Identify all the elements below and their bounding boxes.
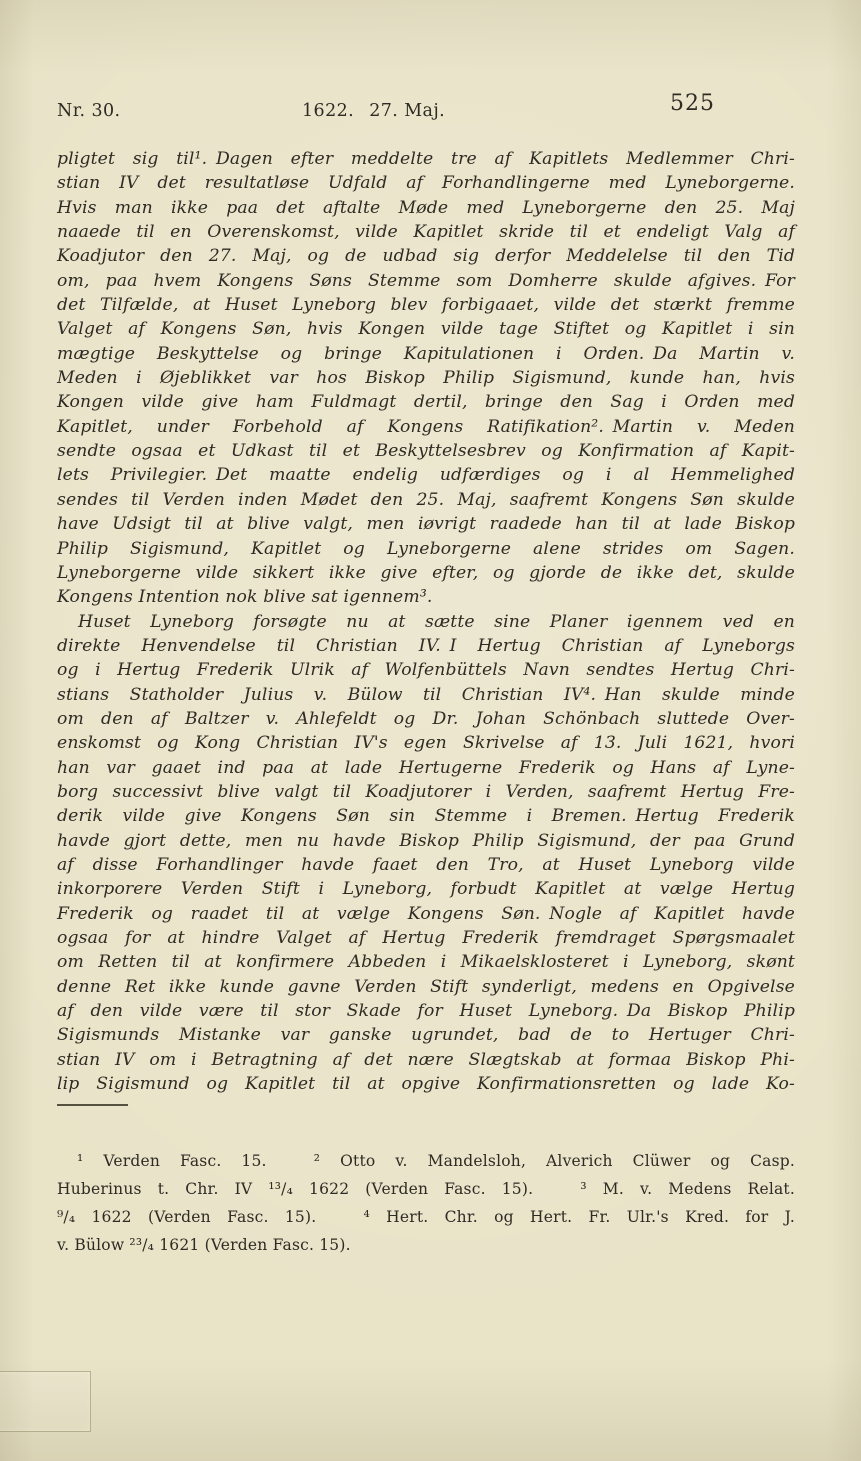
body-text-line: havde gjort dette, men nu havde Biskop P… <box>57 829 795 853</box>
body-text-line: Hvis man ikke paa det aftalte Møde med L… <box>57 196 795 220</box>
body-text-line: lets Privilegier. Det maatte endelig udf… <box>57 463 795 487</box>
footnote-line: ¹ Verden Fasc. 15. ² Otto v. Mandelsloh,… <box>57 1147 795 1175</box>
page-number: 525 <box>670 93 715 115</box>
body-text-line: have Udsigt til at blive valgt, men iøvr… <box>57 512 795 536</box>
body-text: pligtet sig til¹. Dagen efter meddelte t… <box>57 147 795 1096</box>
body-text-line: Frederik og raadet til at vælge Kongens … <box>57 902 795 926</box>
body-text-line: inkorporere Verden Stift i Lyneborg, for… <box>57 877 795 901</box>
body-text-line: mægtige Beskyttelse og bringe Kapitulati… <box>57 342 795 366</box>
stamp-rectangle <box>0 1371 91 1432</box>
body-text-line: Huset Lyneborg forsøgte nu at sætte sine… <box>57 610 795 634</box>
body-text-line: Kongens Intention nok blive sat igennem³… <box>57 585 795 609</box>
body-text-line: pligtet sig til¹. Dagen efter meddelte t… <box>57 147 795 171</box>
body-text-line: lip Sigismund og Kapitlet til at opgive … <box>57 1072 795 1096</box>
body-text-line: Lyneborgerne vilde sikkert ikke give eft… <box>57 561 795 585</box>
body-text-line: om, paa hvem Kongens Søns Stemme som Dom… <box>57 269 795 293</box>
body-text-line: Valget af Kongens Søn, hvis Kongen vilde… <box>57 317 795 341</box>
body-text-line: sendte ogsaa et Udkast til et Beskyttels… <box>57 439 795 463</box>
body-text-line: borg successivt blive valgt til Koadjuto… <box>57 780 795 804</box>
footnote-separator <box>57 1104 128 1106</box>
body-text-line: af disse Forhandlinger havde faaet den T… <box>57 853 795 877</box>
body-text-line: om Retten til at konfirmere Abbeden i Mi… <box>57 950 795 974</box>
body-text-line: han var gaaet ind paa at lade Hertugerne… <box>57 756 795 780</box>
body-text-line: Meden i Øjeblikket var hos Biskop Philip… <box>57 366 795 390</box>
body-text-line: derik vilde give Kongens Søn sin Stemme … <box>57 804 795 828</box>
footnotes: ¹ Verden Fasc. 15. ² Otto v. Mandelsloh,… <box>57 1147 795 1259</box>
body-text-line: og i Hertug Frederik Ulrik af Wolfenbütt… <box>57 658 795 682</box>
body-text-line: Kongen vilde give ham Fuldmagt dertil, b… <box>57 390 795 414</box>
footnote-line: v. Bülow ²³/₄ 1621 (Verden Fasc. 15). <box>57 1231 795 1259</box>
scanned-book-page: Nr. 30. 1622. 27. Maj. 525 pligtet sig t… <box>0 0 861 1461</box>
body-text-line: Kapitlet, under Forbehold af Kongens Rat… <box>57 415 795 439</box>
body-text-line: stian IV om i Betragtning af det nære Sl… <box>57 1048 795 1072</box>
body-text-line: ogsaa for at hindre Valget af Hertug Fre… <box>57 926 795 950</box>
document-number: Nr. 30. <box>57 103 121 121</box>
body-text-line: sendes til Verden inden Mødet den 25. Ma… <box>57 488 795 512</box>
body-text-line: direkte Henvendelse til Christian IV. I … <box>57 634 795 658</box>
body-text-line: naaede til en Overenskomst, vilde Kapitl… <box>57 220 795 244</box>
body-text-line: Philip Sigismund, Kapitlet og Lyneborger… <box>57 537 795 561</box>
body-text-line: Sigismunds Mistanke var ganske ugrundet,… <box>57 1023 795 1047</box>
body-text-line: om den af Baltzer v. Ahlefeldt og Dr. Jo… <box>57 707 795 731</box>
body-text-line: stian IV det resultatløse Udfald af Forh… <box>57 171 795 195</box>
body-text-line: det Tilfælde, at Huset Lyneborg blev for… <box>57 293 795 317</box>
body-text-line: stians Statholder Julius v. Bülow til Ch… <box>57 683 795 707</box>
body-text-line: Koadjutor den 27. Maj, og de udbad sig d… <box>57 244 795 268</box>
body-text-line: enskomst og Kong Christian IV's egen Skr… <box>57 731 795 755</box>
body-text-line: denne Ret ikke kunde gavne Verden Stift … <box>57 975 795 999</box>
footnote-line: ⁹/₄ 1622 (Verden Fasc. 15). ⁴ Hert. Chr.… <box>57 1203 795 1231</box>
body-text-line: af den vilde være til stor Skade for Hus… <box>57 999 795 1023</box>
footnote-line: Huberinus t. Chr. IV ¹³/₄ 1622 (Verden F… <box>57 1175 795 1203</box>
date-heading: 1622. 27. Maj. <box>302 103 445 121</box>
